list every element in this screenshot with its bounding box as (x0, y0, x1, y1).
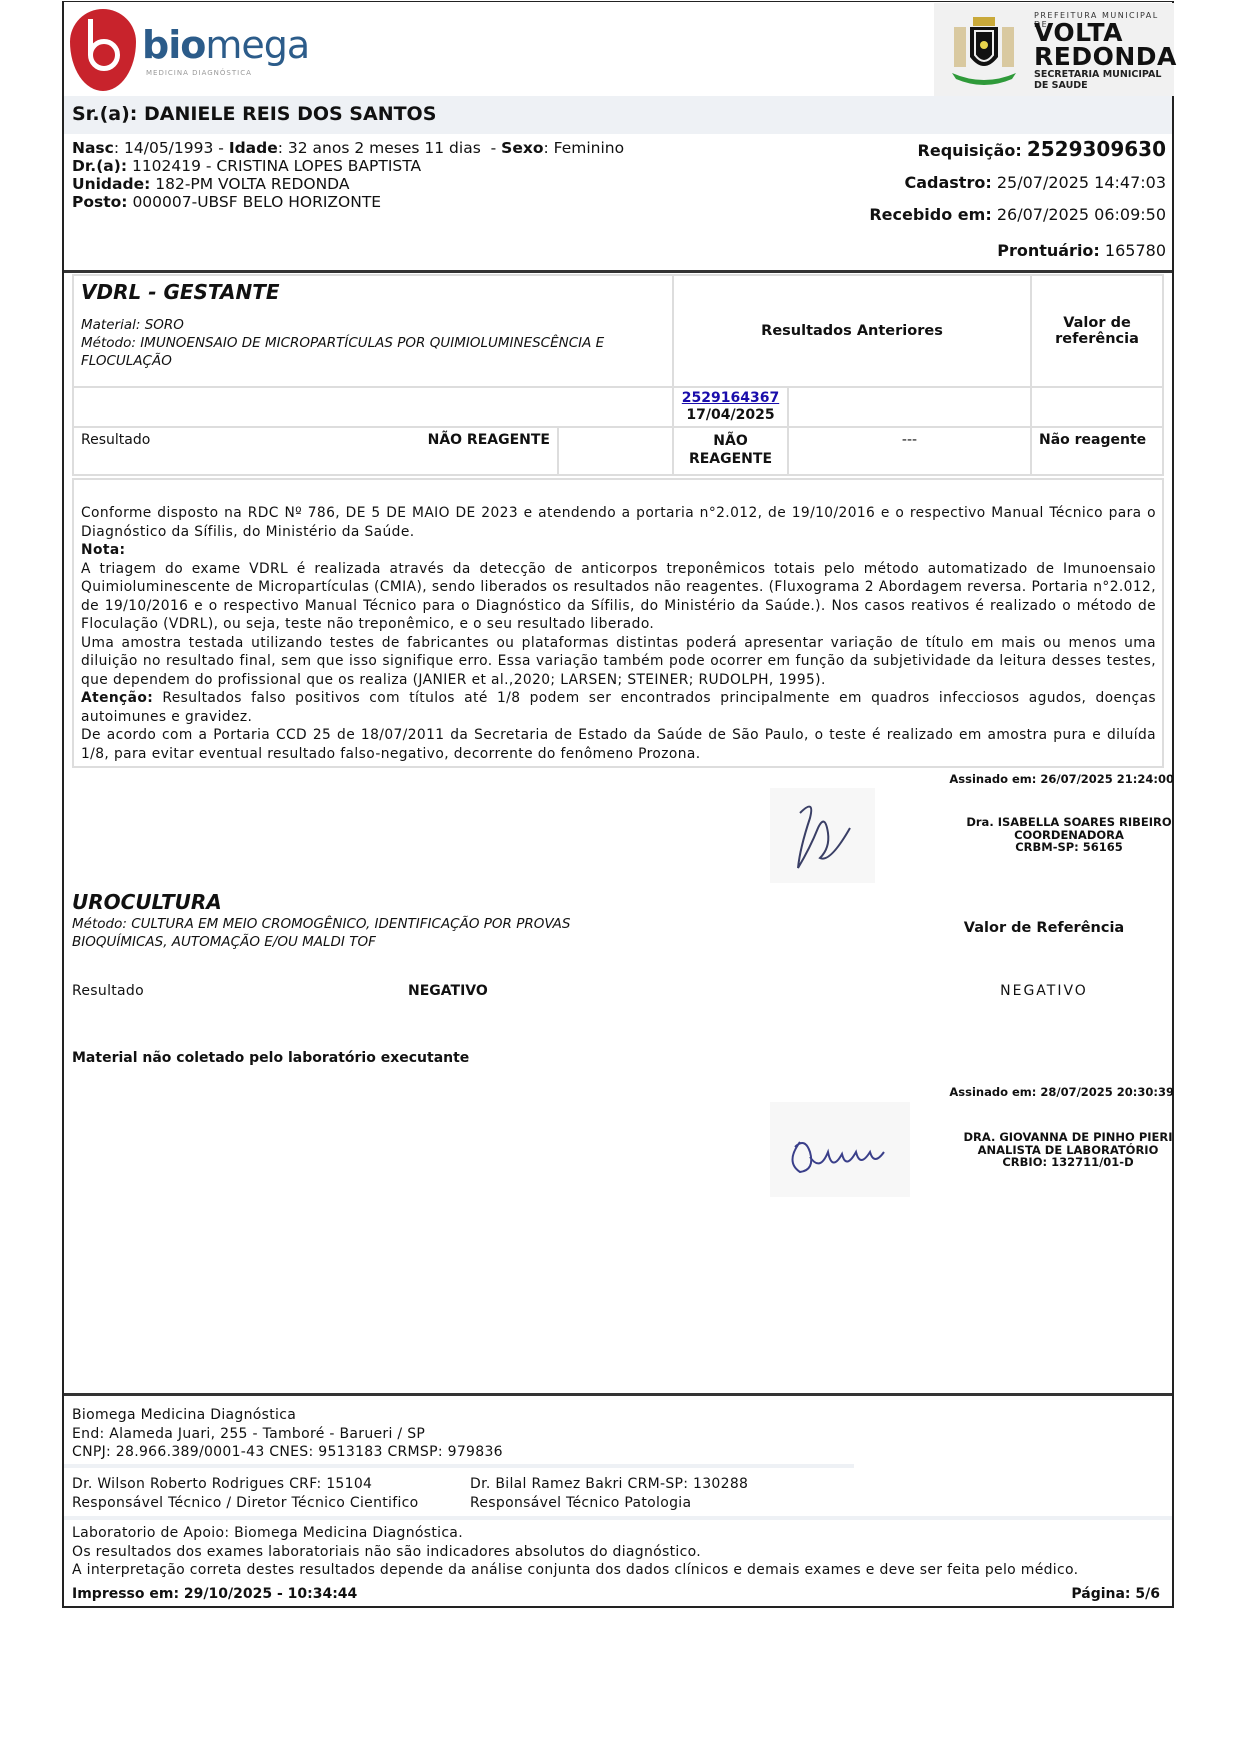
report-page: biomega MEDICINA DIAGNÓSTICA PREFEITURA … (62, 1, 1174, 1608)
request-number: 2529309630 (1027, 137, 1166, 161)
sex: Feminino (554, 139, 624, 157)
printed-date: Impresso em: 29/10/2025 - 10:34:44 (72, 1586, 357, 1602)
registration-date: 25/07/2025 14:47:03 (997, 173, 1166, 192)
coat-of-arms-icon (948, 13, 1020, 87)
signature-image (770, 788, 875, 883)
signature-image (770, 1102, 910, 1197)
doctor: 1102419 - CRISTINA LOPES BAPTISTA (132, 157, 421, 175)
result-label: Resultado (73, 427, 413, 475)
vdrl-signer: Dra. ISABELLA SOARES RIBEIRO COORDENADOR… (964, 816, 1174, 854)
unit: 182-PM VOLTA REDONDA (155, 175, 349, 193)
result-value: NÃO REAGENTE (413, 427, 558, 475)
responsible-2: Dr. Bilal Ramez Bakri CRM-SP: 130288 Res… (470, 1475, 748, 1512)
urocultura-method: Método: CULTURA EM MEIO CROMOGÊNICO, IDE… (72, 915, 570, 951)
vdrl-notes: Conforme disposto na RDC Nº 786, DE 5 DE… (72, 478, 1164, 768)
post: 000007-UBSF BELO HORIZONTE (132, 193, 381, 211)
age: 32 anos 2 meses 11 dias (288, 139, 481, 157)
urocultura-signed-date: Assinado em: 28/07/2025 20:30:39 (949, 1085, 1174, 1099)
biomega-logo: biomega MEDICINA DIAGNÓSTICA (66, 5, 291, 93)
urocultura-result-label: Resultado (72, 983, 144, 999)
exam-title: VDRL - GESTANTE (81, 280, 665, 304)
city-logo: PREFEITURA MUNICIPAL DE VOLTAREDONDA SEC… (934, 3, 1174, 96)
previous-result-2: --- (788, 427, 1031, 475)
request-info: Requisição: 2529309630 Cadastro: 25/07/2… (869, 137, 1166, 260)
biomega-drop-icon (70, 9, 136, 91)
signature-icon (770, 1102, 910, 1197)
vdrl-table: VDRL - GESTANTE Material: SORO Método: I… (72, 274, 1164, 476)
signature-icon (770, 788, 875, 883)
urocultura-note: Material não coletado pelo laboratório e… (72, 1050, 469, 1066)
urocultura-signer: DRA. GIOVANNA DE PINHO PIERI ANALISTA DE… (958, 1131, 1178, 1169)
divider (64, 270, 1172, 273)
method: IMUNOENSAIO DE MICROPARTÍCULAS POR QUIMI… (81, 335, 604, 369)
urocultura-ref-header: Valor de Referência (959, 920, 1129, 936)
birth-date: 14/05/1993 (124, 139, 213, 157)
patient-info: Nasc: 14/05/1993 - Idade: 32 anos 2 mese… (72, 139, 624, 211)
logo-tagline: MEDICINA DIAGNÓSTICA (146, 69, 252, 77)
record-number: 165780 (1105, 241, 1166, 260)
previous-results-header: Resultados Anteriores (673, 275, 1031, 387)
disclaimer: Laboratorio de Apoio: Biomega Medicina D… (72, 1524, 1078, 1580)
lab-info: Biomega Medicina Diagnóstica End: Alamed… (72, 1406, 503, 1462)
page-number: Página: 5/6 (1071, 1586, 1160, 1602)
previous-date: 17/04/2025 (676, 407, 785, 424)
urocultura-title: UROCULTURA (72, 890, 222, 914)
reference-header: Valor de referência (1031, 275, 1163, 387)
urocultura-ref-value: NEGATIVO (959, 983, 1129, 999)
patient-name-bar: Sr.(a): DANIELE REIS DOS SANTOS (64, 96, 1172, 134)
footer-divider (64, 1393, 1172, 1396)
urocultura-result-value: NEGATIVO (408, 983, 488, 999)
material: SORO (145, 317, 184, 333)
vdrl-signed-date: Assinado em: 26/07/2025 21:24:00 (949, 772, 1174, 786)
previous-request-link[interactable]: 2529164367 (676, 390, 785, 407)
received-date: 26/07/2025 06:09:50 (997, 205, 1166, 224)
patient-name: Sr.(a): DANIELE REIS DOS SANTOS (72, 103, 436, 125)
reference-value: Não reagente (1031, 427, 1163, 475)
responsible-1: Dr. Wilson Roberto Rodrigues CRF: 15104 … (72, 1475, 419, 1512)
